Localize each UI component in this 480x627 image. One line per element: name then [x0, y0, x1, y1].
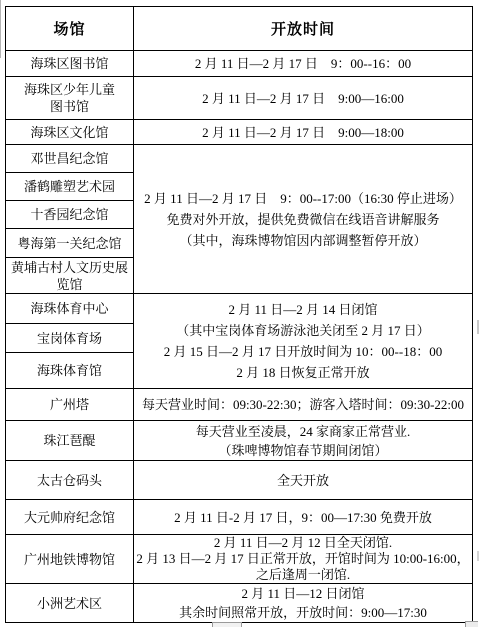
hours-cell-sports-merged: 2 月 11 日—2 月 14 日闭馆 （其中宝岗体育场游泳池关闭至 2 月 1…: [134, 294, 473, 389]
left-edge-artifact: [0, 0, 1, 58]
table-row: 海珠区图书馆 2 月 11 日—2 月 17 日 9：00--16：00: [6, 51, 473, 77]
hours-line: 之后逢周一闭馆.: [136, 567, 470, 583]
table-row: 小洲艺术区 2 月 11 日—12 日闭馆 其余时间照常开放，开放时间：9:00…: [6, 584, 473, 623]
venue-cell-haizhu-gymnasium: 海珠体育馆: [6, 353, 134, 389]
hours-line: 2 月 11 日—2 月 17 日 9：00--16：00: [136, 54, 470, 73]
hours-cell: 每天营业时间：09:30-22:30；游客入塔时间：09:30-22:00: [134, 389, 473, 421]
header-venue: 场馆: [6, 7, 134, 51]
bottom-edge-artifact: [212, 622, 242, 627]
bottom-right-artifact: [465, 621, 478, 627]
hours-line: 2 月 11 日—2 月 17 日 9:00—16:00: [136, 89, 470, 108]
hours-line: 2 月 15 日—2 月 17 日开放时间为 10：00--18：00: [136, 341, 470, 362]
venue-cell-haizhu-library: 海珠区图书馆: [6, 51, 134, 77]
right-edge-artifact: [477, 551, 479, 561]
hours-cell: 2 月 11 日—2 月 12 日全天闭馆. 2 月 13 日—2 月 17 日…: [134, 535, 473, 584]
table-row: 广州塔 每天营业时间：09:30-22:30；游客入塔时间：09:30-22:0…: [6, 389, 473, 421]
venue-cell-metro-museum: 广州地铁博物馆: [6, 535, 134, 584]
hours-line: （其中，海珠博物馆因内部调整暂停开放）: [136, 230, 470, 251]
venue-cell-yuehai-first-pass-memorial: 粤海第一关纪念馆: [6, 229, 134, 258]
header-hours: 开放时间: [134, 7, 473, 51]
venues-opening-hours-table: 场馆 开放时间 海珠区图书馆 2 月 11 日—2 月 17 日 9：00--1…: [5, 6, 473, 623]
hours-cell: 2 月 11 日—2 月 17 日 9：00--16：00: [134, 51, 473, 77]
venue-cell-baogang-stadium: 宝岗体育场: [6, 324, 134, 353]
table-row: 太古仓码头 全天开放: [6, 461, 473, 500]
venue-cell-huangpu-village-history-hall: 黄埔古村人文历史展 览馆: [6, 258, 134, 294]
hours-cell: 2 月 11 日—2 月 17 日 9:00—18:00: [134, 120, 473, 145]
hours-line: 2 月 11 日—2 月 14 日闭馆: [136, 299, 470, 320]
hours-line: 每天营业至凌晨，24 家商家正常营业.: [136, 422, 470, 441]
venue-cell-culture-center: 海珠区文化馆: [6, 120, 134, 145]
right-edge-artifact: [477, 320, 479, 334]
venue-cell-canton-tower: 广州塔: [6, 389, 134, 421]
header-row: 场馆 开放时间: [6, 7, 473, 51]
hours-line: （珠啤博物馆春节期间闭馆）: [136, 441, 470, 460]
hours-line: 每天营业时间：09:30-22:30；游客入塔时间：09:30-22:00: [136, 395, 470, 414]
hours-cell: 2 月 11 日-2 月 17 日，9：00—17:30 免费开放: [134, 500, 473, 535]
hours-line: 2 月 18 日恢复正常开放: [136, 362, 470, 383]
hours-line: 2 月 11 日—2 月 17 日 9：00--17:00（16:30 停止进场…: [136, 188, 470, 209]
venue-cell-panhe-sculpture-park: 潘鹤雕塑艺术园: [6, 173, 134, 201]
hours-cell: 每天营业至凌晨，24 家商家正常营业. （珠啤博物馆春节期间闭馆）: [134, 421, 473, 461]
hours-line: （其中宝岗体育场游泳池关闭至 2 月 17 日）: [136, 320, 470, 341]
venue-cell-haizhu-sports-center: 海珠体育中心: [6, 294, 134, 324]
table-row: 邓世昌纪念馆 2 月 11 日—2 月 17 日 9：00--17:00（16:…: [6, 145, 473, 173]
hours-line: 2 月 11 日—2 月 12 日全天闭馆.: [136, 535, 470, 551]
venue-cell-xiaozhou-art-zone: 小洲艺术区: [6, 584, 134, 623]
hours-line: 其余时间照常开放，开放时间：9:00—17:30: [136, 603, 470, 622]
venue-cell-zhujiang-party-pier: 珠江琶醍: [6, 421, 134, 461]
table-row: 大元帅府纪念馆 2 月 11 日-2 月 17 日，9：00—17:30 免费开…: [6, 500, 473, 535]
table-row: 海珠区文化馆 2 月 11 日—2 月 17 日 9:00—18:00: [6, 120, 473, 145]
venue-cell-children-library: 海珠区少年儿童 图书馆: [6, 77, 134, 120]
hours-line: 2 月 11 日—12 日闭馆: [136, 584, 470, 603]
table-row: 珠江琶醍 每天营业至凌晨，24 家商家正常营业. （珠啤博物馆春节期间闭馆）: [6, 421, 473, 461]
table-row: 广州地铁博物馆 2 月 11 日—2 月 12 日全天闭馆. 2 月 13 日—…: [6, 535, 473, 584]
venue-cell-shixiangyuan-memorial: 十香园纪念馆: [6, 201, 134, 229]
venue-cell-dengshichang-memorial: 邓世昌纪念馆: [6, 145, 134, 173]
hours-line: 全天开放: [136, 471, 470, 490]
hours-cell: 2 月 11 日—12 日闭馆 其余时间照常开放，开放时间：9:00—17:30: [134, 584, 473, 623]
table-row: 海珠体育中心 2 月 11 日—2 月 14 日闭馆 （其中宝岗体育场游泳池关闭…: [6, 294, 473, 324]
hours-cell-memorials-merged: 2 月 11 日—2 月 17 日 9：00--17:00（16:30 停止进场…: [134, 145, 473, 294]
hours-line: 免费对外开放，提供免费微信在线语音讲解服务: [136, 209, 470, 230]
hours-line: 2 月 13 日—2 月 17 日正常开放，开馆时间为 10:00-16:00，: [136, 551, 470, 567]
venue-cell-taikoo-wharf: 太古仓码头: [6, 461, 134, 500]
table-row: 海珠区少年儿童 图书馆 2 月 11 日—2 月 17 日 9:00—16:00: [6, 77, 473, 120]
hours-line: 2 月 11 日—2 月 17 日 9:00—18:00: [136, 123, 470, 142]
venue-cell-generalissimo-memorial: 大元帅府纪念馆: [6, 500, 134, 535]
hours-cell: 2 月 11 日—2 月 17 日 9:00—16:00: [134, 77, 473, 120]
hours-cell: 全天开放: [134, 461, 473, 500]
hours-line: 2 月 11 日-2 月 17 日，9：00—17:30 免费开放: [136, 508, 470, 527]
